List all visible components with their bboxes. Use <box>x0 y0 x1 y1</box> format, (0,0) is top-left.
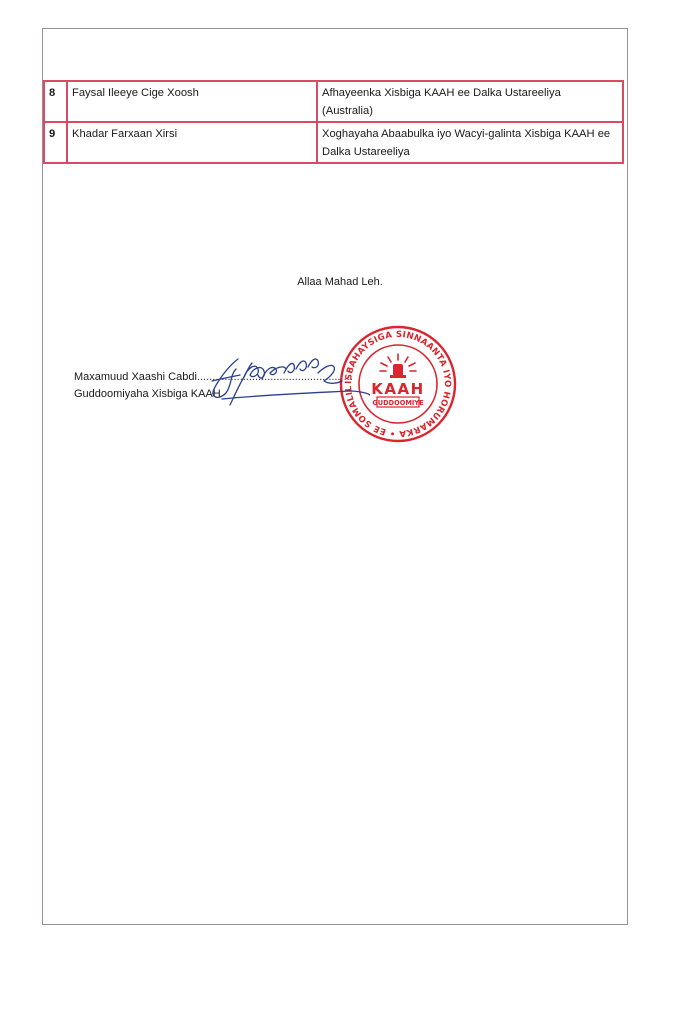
member-role-line: Dalka Ustareeliya <box>322 143 618 161</box>
table-row: 8 Faysal Ileeye Cige Xoosh Afhayeenka Xi… <box>44 81 623 122</box>
member-role-line: (Australia) <box>322 102 618 120</box>
member-role-line: Afhayeenka Xisbiga KAAH ee Dalka Ustaree… <box>322 84 618 102</box>
signatory-title: Guddoomiyaha Xisbiga KAAH <box>74 386 353 403</box>
stamp-badge-text: GUDDOOMIYE <box>372 399 424 407</box>
row-number: 9 <box>44 122 67 163</box>
signatory-name: Maxamuud Xaashi Cabdi <box>74 371 197 383</box>
member-name: Faysal Ileeye Cige Xoosh <box>67 81 317 122</box>
table-row: 9 Khadar Farxaan Xirsi Xoghayaha Abaabul… <box>44 122 623 163</box>
signatory-name-line: Maxamuud Xaashi Cabdi...................… <box>74 369 353 386</box>
signature-dotted-line: ........................................… <box>197 371 353 383</box>
official-stamp-icon: ISBAHAYSIGA SINNAANTA IYO HORUMARKA • EE… <box>338 324 458 444</box>
signatory-block: Maxamuud Xaashi Cabdi...................… <box>74 369 353 403</box>
row-number: 8 <box>44 81 67 122</box>
member-role: Xoghayaha Abaabulka iyo Wacyi-galinta Xi… <box>317 122 623 163</box>
closing-statement: Allaa Mahad Leh. <box>0 276 686 288</box>
member-role-line: Xoghayaha Abaabulka iyo Wacyi-galinta Xi… <box>322 125 618 143</box>
stamp-center-text: KAAH <box>371 380 424 398</box>
member-role: Afhayeenka Xisbiga KAAH ee Dalka Ustaree… <box>317 81 623 122</box>
siren-icon <box>393 364 403 376</box>
closing-text: Allaa Mahad Leh. <box>297 276 383 288</box>
members-table: 8 Faysal Ileeye Cige Xoosh Afhayeenka Xi… <box>43 80 624 164</box>
member-name: Khadar Farxaan Xirsi <box>67 122 317 163</box>
